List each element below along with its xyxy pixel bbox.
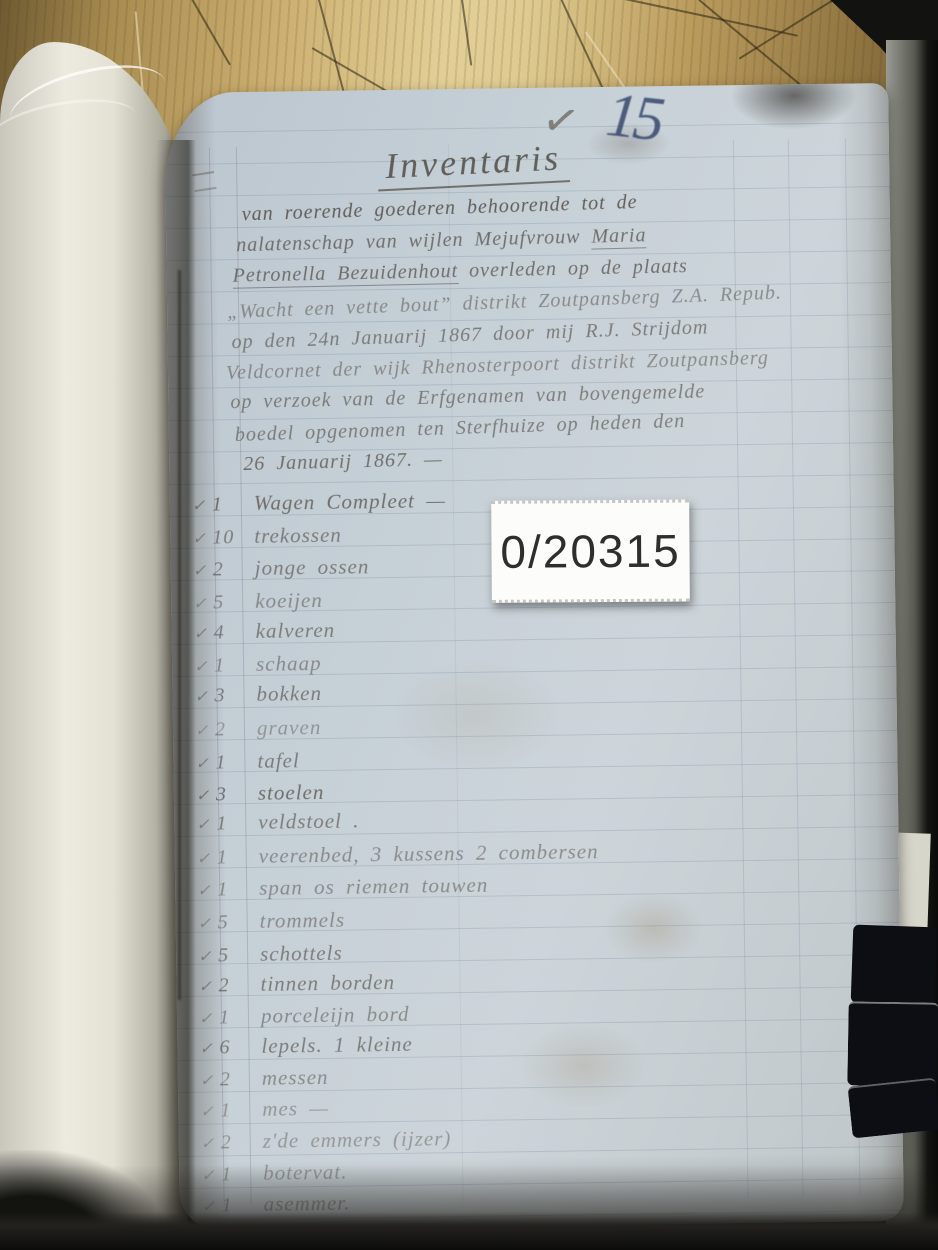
inventory-row: ✓5schottels xyxy=(198,941,343,968)
item-quantity: 5 xyxy=(218,911,252,934)
check-icon: ✓ xyxy=(194,686,214,706)
inventory-row: ✓1span os riemen touwen xyxy=(197,873,488,902)
binder-clip-icon xyxy=(851,925,938,1006)
item-text: trommels xyxy=(259,908,345,933)
item-text: z'de emmers (ijzer) xyxy=(263,1126,452,1153)
inventory-row: ✓5koeijen xyxy=(193,588,323,615)
inventory-row: ✓5trommels xyxy=(197,908,345,935)
archive-reference-number: 0/20315 xyxy=(500,524,681,579)
check-icon: ✓ xyxy=(198,976,218,996)
check-icon: ✓ xyxy=(195,720,215,740)
inventory-row: ✓1tafel xyxy=(195,748,300,774)
item-text: porceleijn bord xyxy=(261,1002,410,1028)
item-text: kalveren xyxy=(255,618,335,643)
check-icon: ✓ xyxy=(201,1133,221,1153)
inventory-row: ✓2graven xyxy=(195,715,322,742)
check-icon: ✓ xyxy=(199,1008,219,1028)
item-text: stoelen xyxy=(258,780,325,805)
inventory-row: ✓2tinnen borden xyxy=(198,970,395,998)
check-icon: ✓ xyxy=(198,913,218,933)
book-gutter-shadow xyxy=(156,140,196,1250)
intro-line: 26 Januarij 1867. — xyxy=(243,448,443,476)
item-text: schaap xyxy=(256,651,322,676)
item-text: Wagen Compleet — xyxy=(254,488,446,515)
item-quantity: 1 xyxy=(214,654,248,677)
inventory-row: ✓1porceleijn bord xyxy=(199,1002,410,1030)
check-icon: ✓ xyxy=(196,814,216,834)
photo-of-inventory-page: ✓ 15 Inventaris van roerende goederen be… xyxy=(0,0,938,1250)
item-quantity: 3 xyxy=(216,783,250,806)
binder-clip-icon xyxy=(848,1078,938,1139)
page-number-annotation: 15 xyxy=(603,80,664,156)
inventory-row: ✓3stoelen xyxy=(196,780,325,807)
item-text: tafel xyxy=(257,748,300,773)
item-quantity: 1 xyxy=(215,751,249,774)
item-quantity: 4 xyxy=(213,621,247,644)
inventory-row: ✓1veldstoel . xyxy=(196,808,359,835)
item-text: lepels. 1 kleine xyxy=(261,1032,413,1058)
item-text: span os riemen touwen xyxy=(259,873,488,900)
inventory-row: ✓2z'de emmers (ijzer) xyxy=(201,1126,452,1154)
inventory-row: ✓1mes — xyxy=(200,1096,329,1123)
archive-reference-sticker: 0/20315 xyxy=(491,500,690,603)
item-text: schottels xyxy=(260,941,343,966)
check-icon: ✓ xyxy=(200,1101,220,1121)
check-icon: ✓ xyxy=(194,656,214,676)
item-quantity: 2 xyxy=(221,1131,255,1154)
check-icon: ✓ xyxy=(200,1070,220,1090)
binder-clip-icon xyxy=(847,1001,938,1087)
item-quantity: 2 xyxy=(220,1068,254,1091)
check-icon: ✓ xyxy=(194,623,214,643)
item-text: trekossen xyxy=(254,523,342,548)
inventory-row: ✓1Wagen Compleet — xyxy=(192,488,446,517)
underlined-name: Maria xyxy=(591,224,647,249)
inventory-row: ✓3bokken xyxy=(194,681,322,708)
item-quantity: 2 xyxy=(215,718,249,741)
item-text: veerenbed, 3 kussens 2 combersen xyxy=(259,839,599,868)
item-text: veldstoel . xyxy=(258,808,359,833)
item-quantity: 1 xyxy=(217,878,251,901)
table-edge-dark-band xyxy=(0,1212,938,1250)
item-quantity: 1 xyxy=(217,846,251,869)
gutter-crease xyxy=(178,270,181,1000)
item-text: jonge ossen xyxy=(255,554,370,580)
item-quantity: 10 xyxy=(212,526,246,549)
check-icon: ✓ xyxy=(199,1038,219,1058)
item-text: koeijen xyxy=(255,588,323,613)
item-quantity: 6 xyxy=(219,1036,253,1059)
item-quantity: 2 xyxy=(213,558,247,581)
document-title: Inventaris xyxy=(376,136,570,191)
check-icon: ✓ xyxy=(193,593,213,613)
item-quantity: 1 xyxy=(212,493,246,516)
inventory-row: ✓2jonge ossen xyxy=(193,554,370,581)
item-quantity: 5 xyxy=(218,944,252,967)
item-quantity: 5 xyxy=(213,591,247,614)
inventory-row: ✓10trekossen xyxy=(192,523,342,550)
check-icon: ✓ xyxy=(197,848,217,868)
intro-text: overleden op de plaats xyxy=(458,255,688,282)
inventory-row: ✓2messen xyxy=(200,1065,329,1092)
inventory-row: ✓4kalveren xyxy=(193,618,335,645)
underlined-name: Petronella Bezuidenhout xyxy=(232,260,458,289)
item-quantity: 1 xyxy=(220,1099,254,1122)
inventory-row: ✓6lepels. 1 kleine xyxy=(199,1032,413,1060)
check-icon: ✓ xyxy=(198,946,218,966)
item-text: mes — xyxy=(262,1096,329,1121)
item-quantity: 2 xyxy=(218,974,252,997)
check-icon: ✓ xyxy=(196,785,216,805)
check-icon: ✓ xyxy=(195,753,215,773)
item-text: messen xyxy=(262,1065,329,1090)
inventory-row: ✓1schaap xyxy=(194,651,322,678)
inventory-page: ✓ 15 Inventaris van roerende goederen be… xyxy=(164,83,904,1231)
check-icon: ✓ xyxy=(197,880,217,900)
item-text: tinnen borden xyxy=(260,970,395,996)
item-text: bokken xyxy=(256,681,322,706)
item-text: graven xyxy=(257,715,322,740)
item-quantity: 3 xyxy=(214,684,248,707)
item-quantity: 1 xyxy=(216,812,250,835)
item-quantity: 1 xyxy=(219,1006,253,1029)
